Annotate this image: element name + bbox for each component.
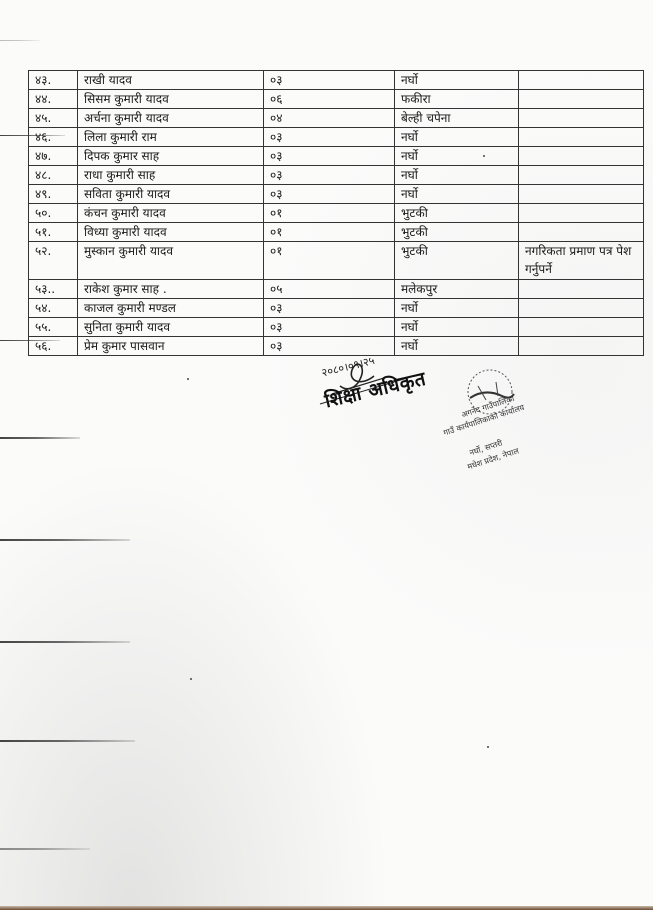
name-cell: कंचन कुमारी यादव — [78, 204, 264, 223]
ward-number-cell: ०३ — [264, 147, 395, 166]
speck — [487, 746, 489, 748]
serial-number-cell: ४५. — [29, 109, 78, 128]
name-cell: लिला कुमारी राम — [78, 128, 264, 147]
table-row: ४४.सिसम कुमारी यादव०६फकीरा — [29, 90, 644, 109]
name-cell: अर्चना कुमारी यादव — [78, 109, 264, 128]
remark-cell — [519, 166, 644, 185]
fold-line — [0, 539, 130, 541]
serial-number-cell: ४३. — [29, 71, 78, 90]
remark-cell — [519, 223, 644, 242]
fold-line — [0, 740, 135, 742]
remark-cell — [519, 109, 644, 128]
remark-cell: नगरिकता प्रमाण पत्र पेश गर्नुपर्ने — [519, 242, 644, 280]
serial-number-cell: ५४. — [29, 299, 78, 318]
address-cell: भुटकी — [395, 242, 519, 280]
remark-cell — [519, 147, 644, 166]
serial-number-cell: ४४. — [29, 90, 78, 109]
name-cell: काजल कुमारी मण्डल — [78, 299, 264, 318]
fold-line — [0, 848, 90, 850]
address-cell: भुटकी — [395, 223, 519, 242]
address-cell: नर्घो — [395, 318, 519, 337]
remark-cell — [519, 185, 644, 204]
ward-number-cell: ०३ — [264, 185, 395, 204]
serial-number-cell: ५१. — [29, 223, 78, 242]
speck — [187, 378, 189, 380]
fold-line — [0, 40, 40, 41]
name-cell: प्रेम कुमार पासवान — [78, 337, 264, 356]
address-cell: बेल्ही चपेना — [395, 109, 519, 128]
address-cell: फकीरा — [395, 90, 519, 109]
serial-number-cell: ५३.. — [29, 280, 78, 299]
ward-number-cell: ०१ — [264, 204, 395, 223]
name-cell: राधा कुमारी साह — [78, 166, 264, 185]
serial-number-cell: ४८. — [29, 166, 78, 185]
address-cell: मलेकपुर — [395, 280, 519, 299]
serial-number-cell: ५५. — [29, 318, 78, 337]
table-row: ५०.कंचन कुमारी यादव०१भुटकी — [29, 204, 644, 223]
ward-number-cell: ०३ — [264, 71, 395, 90]
serial-number-cell: ४६. — [29, 128, 78, 147]
name-cell: राखी यादव — [78, 71, 264, 90]
remark-cell — [519, 71, 644, 90]
table-row: ४३.राखी यादव०३नर्घो — [29, 71, 644, 90]
serial-number-cell: ४९. — [29, 185, 78, 204]
address-cell: नर्घो — [395, 128, 519, 147]
address-cell: नर्घो — [395, 71, 519, 90]
address-cell: नर्घो — [395, 166, 519, 185]
remark-cell — [519, 90, 644, 109]
name-cell: विध्या कुमारी यादव — [78, 223, 264, 242]
table-row: ४९.सविता कुमारी यादव०३नर्घो — [29, 185, 644, 204]
ward-number-cell: ०४ — [264, 109, 395, 128]
ward-number-cell: ०१ — [264, 223, 395, 242]
ward-number-cell: ०३ — [264, 128, 395, 147]
ward-number-cell: ०६ — [264, 90, 395, 109]
page-edge — [0, 906, 653, 910]
remark-cell — [519, 280, 644, 299]
address-cell: नर्घो — [395, 147, 519, 166]
student-roster-table: ४३.राखी यादव०३नर्घो४४.सिसम कुमारी यादव०६… — [28, 70, 644, 356]
fold-line — [0, 437, 80, 439]
table-row: ४६.लिला कुमारी राम०३नर्घो — [29, 128, 644, 147]
ward-number-cell: ०५ — [264, 280, 395, 299]
ward-number-cell: ०३ — [264, 299, 395, 318]
ward-number-cell: ०३ — [264, 166, 395, 185]
table-row: ५४.काजल कुमारी मण्डल०३नर्घो — [29, 299, 644, 318]
name-cell: दिपक कुमार साह — [78, 147, 264, 166]
name-cell: सिसम कुमारी यादव — [78, 90, 264, 109]
table-row: ५५.सुनिता कुमारी यादव०३नर्घो — [29, 318, 644, 337]
name-cell: मुस्कान कुमारी यादव — [78, 242, 264, 280]
name-cell: राकेश कुमार साह . — [78, 280, 264, 299]
table-row: ५२.मुस्कान कुमारी यादव०१भुटकीनगरिकता प्र… — [29, 242, 644, 280]
name-cell: सुनिता कुमारी यादव — [78, 318, 264, 337]
fold-line — [0, 641, 130, 643]
serial-number-cell: ५६. — [29, 337, 78, 356]
table-row: ५३..राकेश कुमार साह .०५मलेकपुर — [29, 280, 644, 299]
address-cell: नर्घो — [395, 185, 519, 204]
serial-number-cell: ४७. — [29, 147, 78, 166]
remark-cell — [519, 299, 644, 318]
remark-cell — [519, 128, 644, 147]
ward-number-cell: ०३ — [264, 318, 395, 337]
serial-number-cell: ५२. — [29, 242, 78, 280]
address-cell: भुटकी — [395, 204, 519, 223]
ward-number-cell: ०१ — [264, 242, 395, 280]
table-row: ५१.विध्या कुमारी यादव०१भुटकी — [29, 223, 644, 242]
remark-cell — [519, 337, 644, 356]
speck — [190, 678, 192, 680]
table-row: ४५.अर्चना कुमारी यादव०४बेल्ही चपेना — [29, 109, 644, 128]
remark-cell — [519, 318, 644, 337]
remark-cell — [519, 204, 644, 223]
serial-number-cell: ५०. — [29, 204, 78, 223]
table-row: ४८.राधा कुमारी साह०३नर्घो — [29, 166, 644, 185]
speck — [483, 155, 485, 157]
name-cell: सविता कुमारी यादव — [78, 185, 264, 204]
address-cell: नर्घो — [395, 299, 519, 318]
table-row: ४७.दिपक कुमार साह०३नर्घो — [29, 147, 644, 166]
